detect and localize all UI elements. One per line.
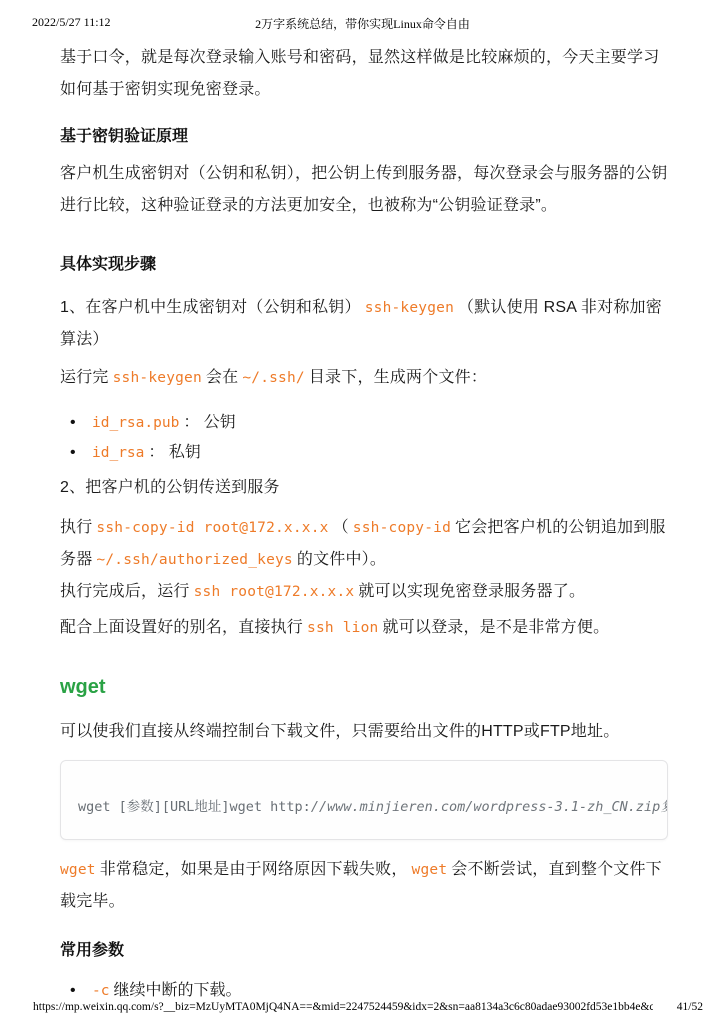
copy-code-label: 复制代码 <box>660 799 668 815</box>
text-segment: 非常稳定，如果是由于网络原因下载失败， <box>100 861 408 878</box>
wget-intro-paragraph: 可以使我们直接从终端控制台下载文件，只需要给出文件的HTTP或FTP地址。 <box>60 716 668 748</box>
text-segment: ： 私钥 <box>148 444 200 461</box>
key-auth-paragraph: 客户机生成密钥对（公钥和私钥），把公钥上传到服务器，每次登录会与服务器的公钥进行… <box>60 158 668 222</box>
step1-paragraph: 1、在客户机中生成密钥对（公钥和私钥）ssh-keygen（默认使用 RSA 非… <box>60 292 668 356</box>
inline-code: wget <box>412 862 448 878</box>
inline-code: id_rsa <box>92 445 144 461</box>
code-plain: wget [参数][URL地址]wget http: <box>78 799 311 815</box>
copy-id-paragraph: 执行ssh-copy-id root@172.x.x.x（ssh-copy-id… <box>60 512 668 576</box>
code-block-text: wget [参数][URL地址]wget http://www.minjiere… <box>78 795 668 815</box>
text-segment: 继续中断的下载。 <box>113 982 241 999</box>
code-block: wget [参数][URL地址]wget http://www.minjiere… <box>60 760 668 840</box>
text-segment: ： 公钥 <box>183 414 235 431</box>
key-files-list: id_rsa.pub： 公钥 id_rsa： 私钥 <box>60 408 668 468</box>
text-segment: 配合上面设置好的别名，直接执行 <box>60 619 303 636</box>
text-segment: 就可以登录，是不是非常方便。 <box>382 619 609 636</box>
print-footer: https://mp.weixin.qq.com/s?__biz=MzUyMTA… <box>33 1001 703 1013</box>
inline-code: -c <box>92 983 109 999</box>
section-heading-wget: wget <box>60 674 668 700</box>
section-heading-key-auth: 基于密钥验证原理 <box>60 126 668 148</box>
text-segment: 的文件中）。 <box>297 551 386 568</box>
inline-code: ssh lion <box>307 620 378 636</box>
alias-paragraph: 配合上面设置好的别名，直接执行ssh lion就可以登录，是不是非常方便。 <box>60 612 668 644</box>
text-segment: 执行 <box>60 519 92 536</box>
text-segment: 1、在客户机中生成密钥对（公钥和私钥） <box>60 299 361 316</box>
article-content: 基于口令，就是每次登录输入账号和密码，显然这样做是比较麻烦的，今天主要学习如何基… <box>60 42 668 1006</box>
section-heading-steps: 具体实现步骤 <box>60 254 668 276</box>
inline-code: ssh-keygen <box>113 370 202 386</box>
print-timestamp: 2022/5/27 11:12 <box>32 15 111 30</box>
inline-code: id_rsa.pub <box>92 415 179 431</box>
list-item: id_rsa： 私钥 <box>60 438 668 468</box>
text-segment: 会在 <box>206 369 238 386</box>
page-number: 41/52 <box>677 1001 703 1013</box>
step2-paragraph: 2、把客户机的公钥传送到服务 <box>60 472 668 504</box>
done-paragraph: 执行完成后，运行ssh root@172.x.x.x就可以实现免密登录服务器了。 <box>60 576 668 608</box>
inline-code: ~/.ssh/authorized_keys <box>96 552 292 568</box>
text-segment: 就可以实现免密登录服务器了。 <box>358 583 585 600</box>
run-paragraph: 运行完ssh-keygen会在~/.ssh/目录下，生成两个文件： <box>60 362 668 394</box>
list-item: id_rsa.pub： 公钥 <box>60 408 668 438</box>
inline-code: ssh-keygen <box>365 300 454 316</box>
wget-stable-paragraph: wget非常稳定，如果是由于网络原因下载失败，wget会不断尝试，直到整个文件下… <box>60 854 668 918</box>
inline-code: ssh root@172.x.x.x <box>194 584 355 600</box>
text-segment: （ <box>333 519 349 536</box>
document-title: 2万字系统总结，带你实现Linux命令自由 <box>32 15 693 32</box>
text-segment: 目录下，生成两个文件： <box>309 369 487 386</box>
print-header: 2022/5/27 11:12 2万字系统总结，带你实现Linux命令自由 <box>32 15 693 32</box>
inline-code: wget <box>60 862 96 878</box>
inline-code: ~/.ssh/ <box>242 370 305 386</box>
text-segment: 执行完成后，运行 <box>60 583 190 600</box>
document-page: 2022/5/27 11:12 2万字系统总结，带你实现Linux命令自由 基于… <box>0 0 725 1024</box>
section-heading-params: 常用参数 <box>60 940 668 962</box>
inline-code: ssh-copy-id <box>353 520 451 536</box>
code-comment: //www.minjieren.com/wordpress-3.1-zh_CN.… <box>311 799 661 815</box>
text-segment: 运行完 <box>60 369 109 386</box>
inline-code: ssh-copy-id root@172.x.x.x <box>96 520 328 536</box>
print-url: https://mp.weixin.qq.com/s?__biz=MzUyMTA… <box>33 1001 653 1013</box>
intro-paragraph: 基于口令，就是每次登录输入账号和密码，显然这样做是比较麻烦的，今天主要学习如何基… <box>60 42 668 106</box>
